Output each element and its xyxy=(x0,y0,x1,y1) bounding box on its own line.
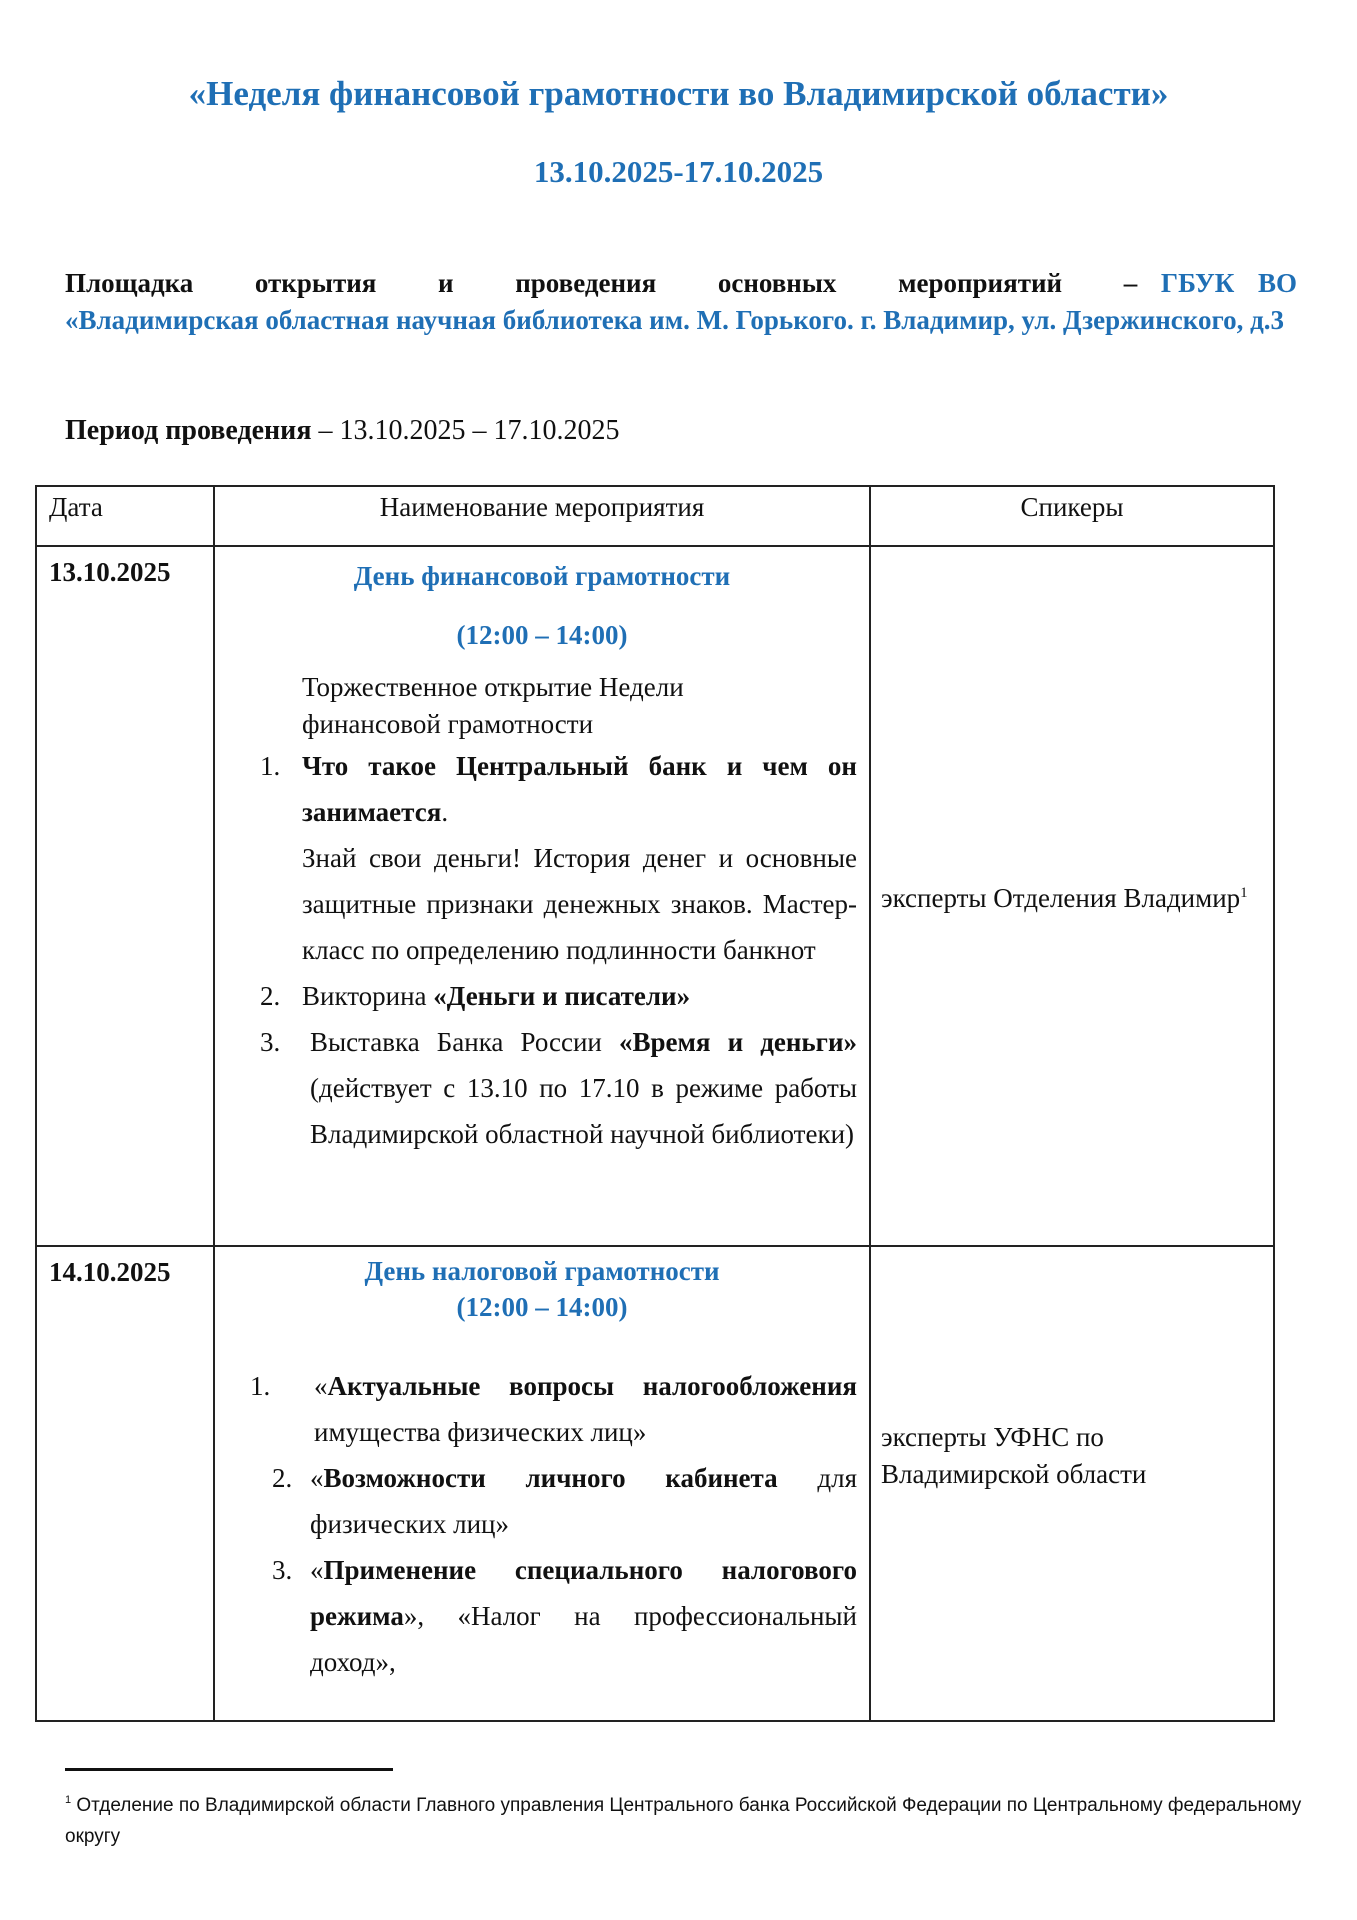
list-item: 3. Выставка Банка России «Время и деньги… xyxy=(302,1019,857,1157)
row-date: 14.10.2025 xyxy=(36,1246,214,1721)
item-number: 3. xyxy=(260,1019,280,1065)
item-text: « xyxy=(310,1463,324,1493)
item-text: Выставка Банка России xyxy=(310,1027,619,1057)
period-label: Период проведения xyxy=(65,415,311,446)
footnote-separator xyxy=(65,1768,393,1771)
item-text: « xyxy=(314,1371,328,1401)
footnote-ref[interactable]: 1 xyxy=(1240,885,1248,901)
speakers-text: эксперты УФНС по Владимирской области xyxy=(881,1422,1146,1489)
footnote-number: 1 xyxy=(65,1794,71,1806)
table-row: 14.10.2025 День налоговой грамотности (1… xyxy=(36,1246,1274,1721)
item-bold: «Деньги и писатели» xyxy=(433,981,690,1011)
list-item: 2. Викторина «Деньги и писатели» xyxy=(302,973,857,1019)
day-time: (12:00 – 14:00) xyxy=(215,612,869,658)
venue-label: Площадка открытия и проведения основных … xyxy=(65,268,1137,298)
item-text: « xyxy=(310,1555,324,1585)
item-number: 3. xyxy=(272,1547,292,1593)
item-text: (действует с 13.10 по 17.10 в режиме раб… xyxy=(310,1073,857,1149)
row-event: День налоговой грамотности (12:00 – 14:0… xyxy=(214,1246,870,1721)
item-bold: Возможности личного кабинета xyxy=(324,1463,778,1493)
item-number: 1. xyxy=(260,743,280,789)
header-date: Дата xyxy=(36,486,214,546)
header-event: Наименование мероприятия xyxy=(214,486,870,546)
item-number: 2. xyxy=(260,973,280,1019)
document-title: «Неделя финансовой грамотности во Владим… xyxy=(0,72,1357,116)
row-event: День финансовой грамотности (12:00 – 14:… xyxy=(214,546,870,1246)
row-date: 13.10.2025 xyxy=(36,546,214,1246)
item-text: имущества физических лиц» xyxy=(314,1417,646,1447)
day-time: (12:00 – 14:00) xyxy=(215,1289,869,1325)
item-text: Викторина xyxy=(302,981,433,1011)
day-title: День финансовой грамотности xyxy=(215,553,869,599)
list-item: 1. Что такое Центральный банк и чем он з… xyxy=(302,743,857,973)
venue-paragraph: Площадка открытия и проведения основных … xyxy=(65,265,1297,339)
item-extra: Знай свои деньги! История денег и основн… xyxy=(302,835,857,973)
header-speakers: Спикеры xyxy=(870,486,1274,546)
item-bold: «Время и деньги» xyxy=(619,1027,857,1057)
item-bold: Что такое Центральный банк и чем он зани… xyxy=(302,751,857,827)
footnote: 1 Отделение по Владимирской области Глав… xyxy=(65,1785,1305,1852)
table-header-row: Дата Наименование мероприятия Спикеры xyxy=(36,486,1274,546)
schedule-table: Дата Наименование мероприятия Спикеры 13… xyxy=(35,485,1275,1722)
item-bold: Актуальные вопросы налогообложения xyxy=(328,1371,858,1401)
document-dates: 13.10.2025-17.10.2025 xyxy=(0,152,1357,192)
speakers-text: эксперты Отделения Владимир xyxy=(881,883,1240,913)
row-speakers: эксперты Отделения Владимир1 xyxy=(870,546,1274,1246)
footnote-text: Отделение по Владимирской области Главно… xyxy=(65,1795,1301,1847)
item-number: 1. xyxy=(250,1363,270,1409)
day-title: День налоговой грамотности xyxy=(215,1253,869,1289)
table-row: 13.10.2025 День финансовой грамотности (… xyxy=(36,546,1274,1246)
item-number: 2. xyxy=(272,1455,292,1501)
list-item: 2. «Возможности личного кабинета для физ… xyxy=(310,1455,857,1547)
row-speakers: эксперты УФНС по Владимирской области xyxy=(870,1246,1274,1721)
period-value: – 13.10.2025 – 17.10.2025 xyxy=(311,415,619,446)
list-item: 1. «Актуальные вопросы налогообложения и… xyxy=(314,1363,857,1455)
item-text: . xyxy=(441,797,448,827)
list-item: 3. «Применение специального налогового р… xyxy=(310,1547,857,1685)
event-intro: Торжественное открытие Недели финансовой… xyxy=(302,669,772,743)
period-line: Период проведения – 13.10.2025 – 17.10.2… xyxy=(65,413,619,449)
